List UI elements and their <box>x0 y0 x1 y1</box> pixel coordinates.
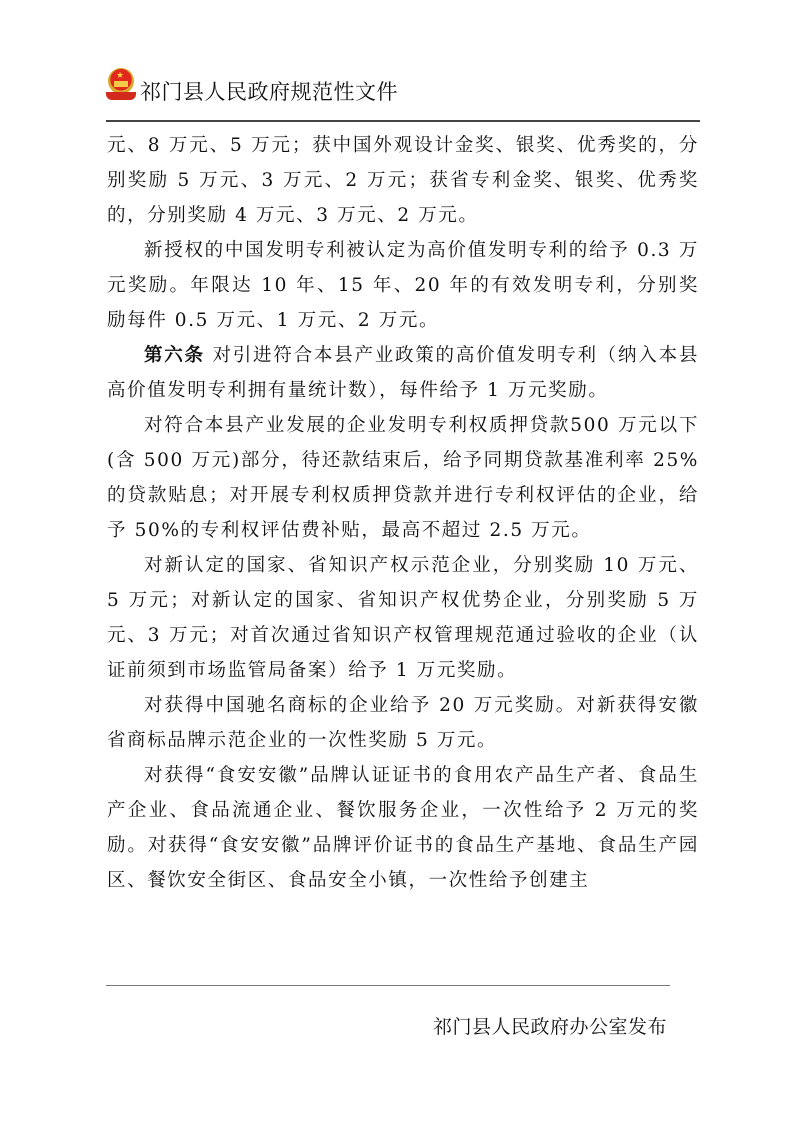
document-header: ★ 祁门县人民政府规范性文件 <box>106 62 398 104</box>
paragraph: 对新认定的国家、省知识产权示范企业，分别奖励 10 万元、5 万元；对新认定的国… <box>107 548 699 688</box>
paragraph-text: 对获得中国驰名商标的企业给予 20 万元奖励。对新获得安徽省商标品牌示范企业的一… <box>107 695 699 751</box>
paragraph-text: 对获得“食安安徽”品牌认证证书的食用农产品生产者、食品生产企业、食品流通企业、餐… <box>107 765 699 891</box>
footer-divider <box>106 985 670 986</box>
article-paragraph: 第六条 对引进符合本县产业政策的高价值发明专利（纳入本县高价值发明专利拥有量统计… <box>107 338 699 408</box>
paragraph-text: 对符合本县产业发展的企业发明专利权质押贷款500 万元以下(含 500 万元)部… <box>107 415 699 541</box>
paragraph: 对获得“食安安徽”品牌认证证书的食用农产品生产者、食品生产企业、食品流通企业、餐… <box>107 758 699 898</box>
article-heading: 第六条 <box>144 345 205 366</box>
paragraph: 新授权的中国发明专利被认定为高价值发明专利的给予 0.3 万元奖励。年限达 10… <box>107 233 699 338</box>
national-emblem-icon: ★ <box>106 68 136 104</box>
footer-publisher: 祁门县人民政府办公室发布 <box>433 1012 667 1039</box>
paragraph: 对符合本县产业发展的企业发明专利权质押贷款500 万元以下(含 500 万元)部… <box>107 408 699 548</box>
document-body: 元、8 万元、5 万元；获中国外观设计金奖、银奖、优秀奖的，分别奖励 5 万元、… <box>107 128 699 898</box>
paragraph: 元、8 万元、5 万元；获中国外观设计金奖、银奖、优秀奖的，分别奖励 5 万元、… <box>107 128 699 233</box>
paragraph-text: 新授权的中国发明专利被认定为高价值发明专利的给予 0.3 万元奖励。年限达 10… <box>107 240 699 331</box>
paragraph-text: 对新认定的国家、省知识产权示范企业，分别奖励 10 万元、5 万元；对新认定的国… <box>107 555 699 681</box>
header-divider <box>106 120 700 122</box>
header-title: 祁门县人民政府规范性文件 <box>140 80 398 104</box>
paragraph-text: 元、8 万元、5 万元；获中国外观设计金奖、银奖、优秀奖的，分别奖励 5 万元、… <box>107 135 699 226</box>
paragraph: 对获得中国驰名商标的企业给予 20 万元奖励。对新获得安徽省商标品牌示范企业的一… <box>107 688 699 758</box>
